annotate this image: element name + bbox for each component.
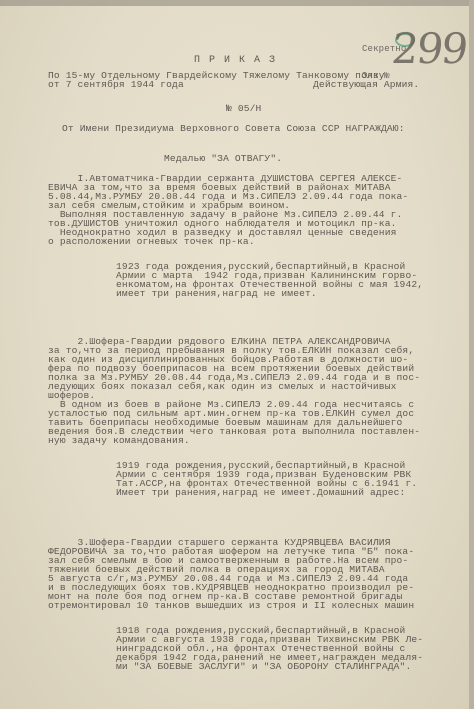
medal-heading: Медалью "ЗА ОТВАГУ".	[164, 154, 282, 163]
document-title: ПРИКАЗ	[194, 56, 284, 65]
citation-line: ледующих боях показал себя,как один из с…	[48, 382, 397, 391]
handwritten-number: 299	[389, 24, 468, 73]
scan-edge-top	[0, 0, 474, 6]
document-page: Секретно Экз.№ 299 ПРИКАЗ По 15-му Отдел…	[0, 0, 474, 709]
bio-line: ми "ЗА БОЕВЫЕ ЗАСЛУГИ" и "ЗА ОБОРОНУ СТА…	[116, 662, 411, 671]
order-number: № 05/Н	[226, 104, 261, 113]
scan-edge-right	[469, 0, 474, 709]
army-line: Действующая Армия.	[313, 80, 419, 89]
citation-line: ную задачу командования.	[48, 436, 190, 445]
citation-line: отремонтировал 10 танков вышедших из стр…	[48, 601, 414, 610]
preamble: От Имени Президиума Верховного Совета Со…	[62, 124, 405, 133]
date-line: от 7 сентября 1944 года	[48, 80, 184, 89]
bio-line: имеет три ранения,наград не имеет.	[116, 289, 317, 298]
bio-line: Имеет три ранения,наград не имеет.Домашн…	[116, 488, 405, 497]
citation-line: о расположении огневых точек пр-ка.	[48, 237, 255, 246]
